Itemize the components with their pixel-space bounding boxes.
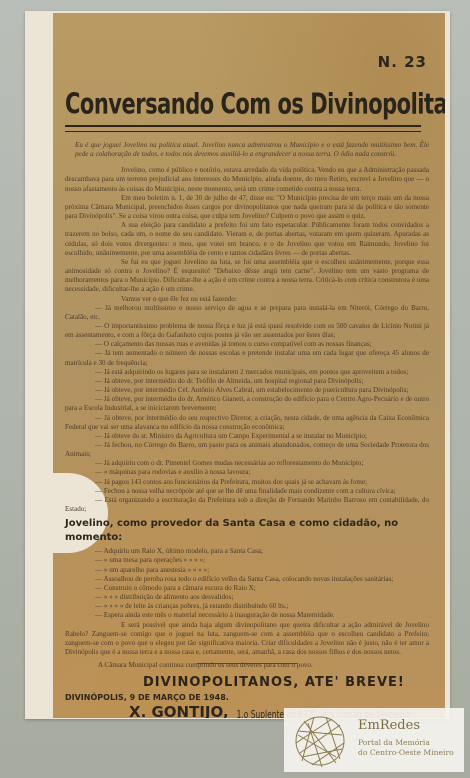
santa-casa-item: — Adquiriu um Raio X, último modelo, par… [65, 547, 429, 556]
farewell-heading: DIVINOPOLITANOS, ATE' BREVE! [143, 675, 405, 690]
santa-casa-item: — » um aparelho para anestesia » » » »; [65, 566, 429, 575]
paragraph: A sua eleição para candidato a prefeito … [65, 221, 429, 258]
achievement-item: — » máquinas para rodovias e auxílio à n… [65, 468, 429, 477]
achievement-item: — Fechou a nossa velha necrópole até que… [65, 487, 429, 496]
santa-casa-item: — Construiu o cômodo para a câmara escur… [65, 584, 429, 593]
achievement-item: — O calçamento das nossas ruas e avenida… [65, 340, 429, 349]
achievement-item: — Já obteve, por intermédio Cel. Antônio… [65, 386, 429, 395]
santa-casa-heading: Jovelino, como provedor da Santa Casa e … [65, 517, 429, 545]
achievement-item: — Já obteve do sr. Ministro da Agricultu… [65, 432, 429, 441]
achievement-item: — Já obteve, por intermédio do dr. Améri… [65, 395, 429, 413]
achievement-item: — Já fechou, no Córrego do Barro, um pas… [65, 441, 429, 459]
camara-line: A Câmara Municipal continua cumprindo os… [98, 661, 313, 669]
dateline: DIVINÓPOLIS, 9 DE MARÇO DE 1948. [65, 693, 229, 702]
santa-casa-item: — Assoalhou de peroba rosa todo o edifíc… [65, 575, 429, 584]
achievement-item: — Está organizando a escrituração da Pre… [65, 496, 429, 514]
watermark-title: EmRedes [358, 718, 420, 733]
santa-casa-item: — » uma mesa para operações » » » »; [65, 556, 429, 565]
santa-casa-item: — » » » » de leite às crianças pobres, j… [65, 602, 429, 611]
network-sphere-icon [292, 713, 348, 769]
achievement-item: — Já pagou 143 contos aos funcionários d… [65, 478, 429, 487]
paragraph: Se fui eu que joguei Jovelino na luta, s… [65, 258, 429, 295]
achievement-item: — Já melhorou multíssimo o nosso serviço… [65, 304, 429, 322]
watermark-subtitle-line: Portal da Memória [358, 738, 468, 748]
santa-casa-item: — » » » distribuição de alimento aos des… [65, 593, 429, 602]
watermark-logo: EmRedes Portal da Memória do Centro-Oest… [284, 708, 464, 772]
body-text: Eu é que joguei Jovelino na política atu… [65, 141, 429, 668]
santa-casa-item: — Espera ainda este mês o material neces… [65, 611, 429, 620]
paragraph: Em meu boletim n. 1, de 30 de julho de 4… [65, 194, 429, 221]
closing-paragraph: E será possível que ainda haja algum div… [65, 621, 429, 658]
achievement-item: — Já obteve, por intermédio do dr. Teófi… [65, 377, 429, 386]
title-rule [65, 125, 421, 132]
pamphlet-title: Conversando Com os Divinopolitanos [65, 88, 437, 120]
issue-number: N. 23 [378, 53, 427, 71]
achievement-item: — Já está adquirindo os lugares para se … [65, 368, 429, 377]
watermark-subtitle-line: do Centro-Oeste Mineiro [358, 748, 468, 758]
achievement-item: — O importantíssimo problema de nossa fô… [65, 322, 429, 340]
pamphlet: N. 23 Conversando Com os Divinopolitanos… [53, 13, 445, 718]
achievement-item: — Já adquiriu com o dr. Pimentel Gomes m… [65, 459, 429, 468]
paragraph: Vamos ver o que êle fez ou está fazendo: [65, 295, 429, 304]
watermark-subtitle: Portal da Memória do Centro-Oeste Mineir… [358, 738, 468, 758]
paragraph: Jovelino, como é público e notório, esta… [65, 166, 429, 193]
achievement-item: — Já obteve, por intermédio do seu respe… [65, 414, 429, 432]
intro-paragraph: Eu é que joguei Jovelino na política atu… [65, 141, 429, 159]
signature-name: X. GONTIJO, [129, 703, 229, 718]
achievement-item: — Já tem aumentado o número de nossas es… [65, 349, 429, 367]
